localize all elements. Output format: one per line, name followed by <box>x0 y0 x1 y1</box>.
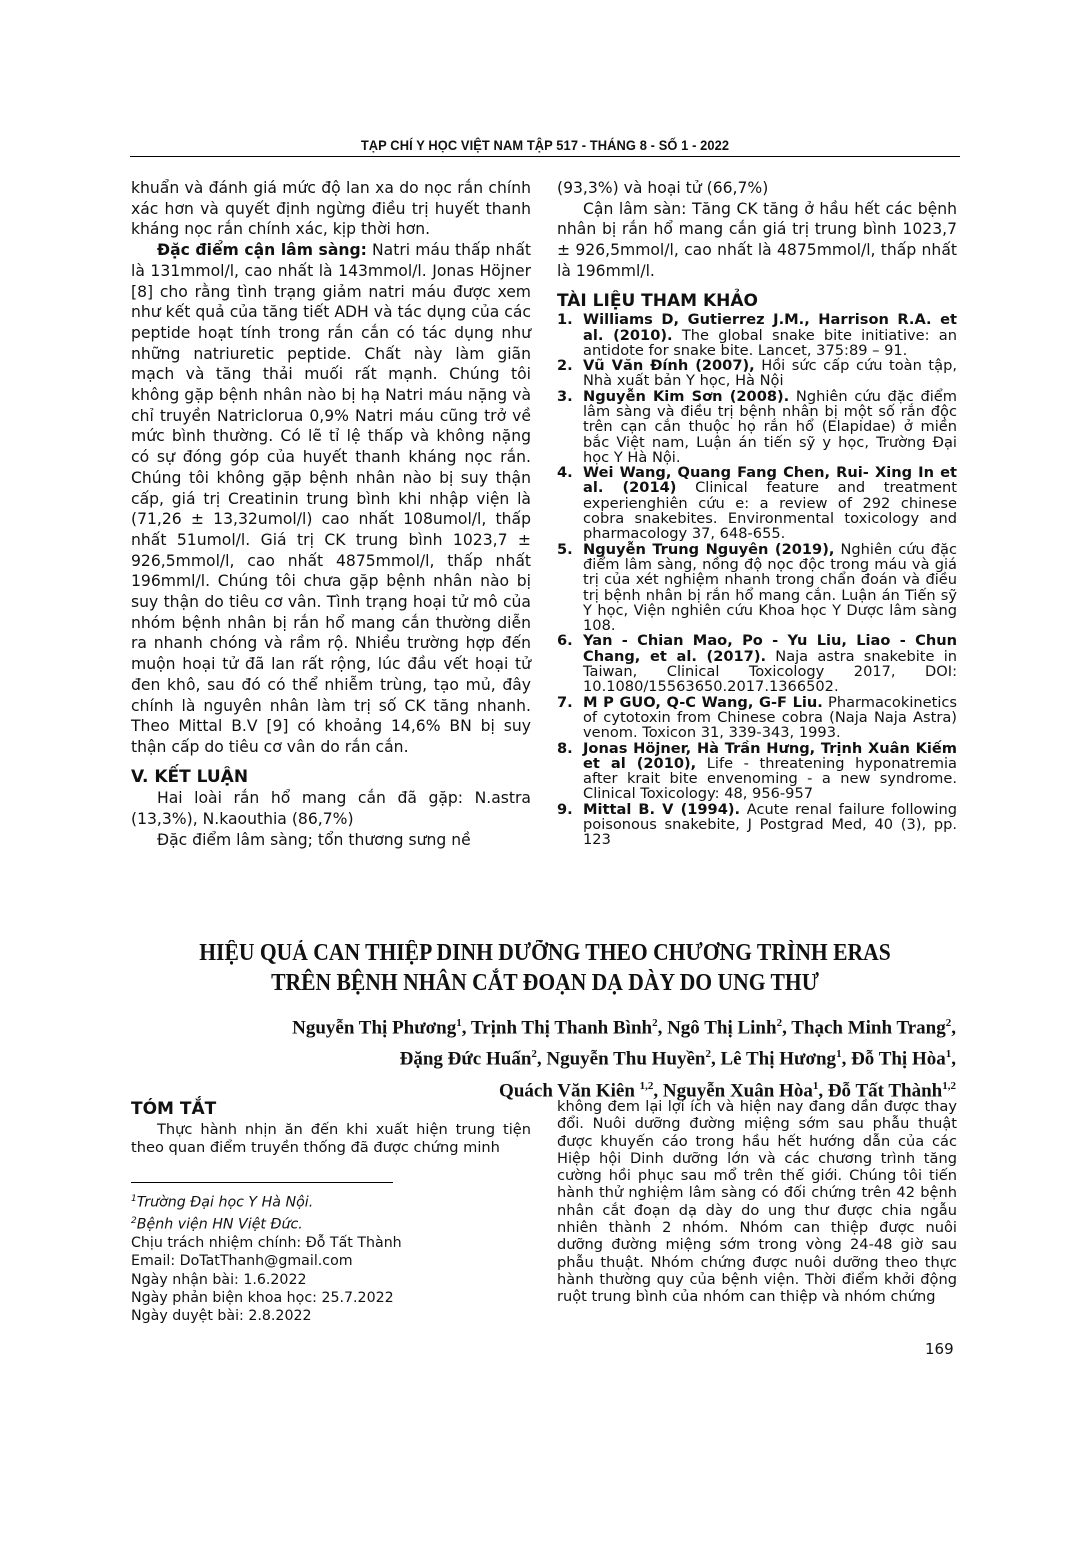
author-name: Thạch Minh Trang <box>791 1017 946 1038</box>
right-column: (93,3%) và hoại tử (66,7%) Cận lâm sàn: … <box>557 178 957 848</box>
author-affiliation: 1 <box>813 1080 819 1092</box>
reference-item: 9.Mittal B. V (1994). Acute renal failur… <box>557 802 957 848</box>
page-number: 169 <box>925 1340 954 1358</box>
author-affiliation: 1 <box>456 1017 462 1029</box>
affiliation-1: 1Trường Đại học Y Hà Nội. <box>131 1190 531 1212</box>
paragraph: Hai loài rắn hổ mang cắn đã gặp: N.astra… <box>131 788 531 829</box>
footnote-rule <box>131 1182 393 1183</box>
running-header: TẠP CHÍ Y HỌC VIỆT NAM TẬP 517 - THÁNG 8… <box>163 137 927 153</box>
author-name: Lê Thị Hương <box>721 1049 837 1070</box>
reference-item: 8.Jonas Höjner, Hà Trần Hưng, Trịnh Xuân… <box>557 741 957 802</box>
author-name: Trịnh Thị Thanh Bình <box>471 1017 652 1038</box>
author-affiliation: 2 <box>946 1017 952 1029</box>
author-name: Đặng Đức Huấn <box>400 1049 532 1070</box>
paragraph-body: Natri máu thấp nhất là 131mmol/l, cao nh… <box>131 241 531 756</box>
abstract-heading: TÓM TẮT <box>131 1100 531 1118</box>
reference-number: 4. <box>557 465 573 480</box>
article-title-line: TRÊN BỆNH NHÂN CẮT ĐOẠN DẠ DÀY DO UNG TH… <box>172 968 919 998</box>
abstract-paragraph: Thực hành nhịn ăn đến khi xuất hiện trun… <box>131 1121 531 1157</box>
author-affiliation: 2 <box>652 1017 658 1029</box>
reference-number: 1. <box>557 312 573 327</box>
article-title: HIỆU QUẢ CAN THIỆP DINH DƯỠNG THEO CHƯƠN… <box>172 938 919 998</box>
author-affiliation: 1 <box>946 1048 952 1060</box>
author-name: Ngô Thị Linh <box>667 1017 776 1038</box>
footnotes: 1Trường Đại học Y Hà Nội. 2Bệnh viện HN … <box>131 1190 531 1326</box>
reference-number: 3. <box>557 389 573 404</box>
author-affiliation: 1 <box>836 1048 842 1060</box>
reference-number: 7. <box>557 695 573 710</box>
affiliation-text: Bệnh viện HN Việt Đức. <box>137 1217 303 1233</box>
reference-list: 1.Williams D, Gutierrez J.M., Harrison R… <box>557 312 957 847</box>
reference-item: 3.Nguyễn Kim Sơn (2008). Nghiên cứu đặc … <box>557 389 957 465</box>
author-name: Nguyễn Thị Phương <box>292 1017 456 1038</box>
left-column: khuẩn và đánh giá mức độ lan xa do nọc r… <box>131 178 531 851</box>
reference-number: 9. <box>557 802 573 817</box>
author-affiliation: 1,2 <box>942 1080 956 1092</box>
corresponding-author: Chịu trách nhiệm chính: Đỗ Tất Thành <box>131 1234 531 1252</box>
author-list: Nguyễn Thị Phương1, Trịnh Thị Thanh Bình… <box>130 1010 956 1104</box>
reference-number: 5. <box>557 542 573 557</box>
accepted-date: Ngày duyệt bài: 2.8.2022 <box>131 1307 531 1325</box>
author-affiliation: 2 <box>706 1048 712 1060</box>
reference-item: 1.Williams D, Gutierrez J.M., Harrison R… <box>557 312 957 358</box>
author-name: Nguyễn Thu Huyền <box>546 1049 705 1070</box>
author-affiliation: 2 <box>531 1048 537 1060</box>
author-name: Đỗ Thị Hòa <box>851 1049 946 1070</box>
email: Email: DoTatThanh@gmail.com <box>131 1252 531 1270</box>
paragraph: khuẩn và đánh giá mức độ lan xa do nọc r… <box>131 178 531 240</box>
reference-item: 7.M P GUO, Q-C Wang, G-F Liu. Pharmacoki… <box>557 695 957 741</box>
section-heading-conclusion: V. KẾT LUẬN <box>131 767 531 788</box>
author-affiliation: 1,2 <box>640 1080 654 1092</box>
reference-item: 6.Yan - Chian Mao, Po - Yu Liu, Liao - C… <box>557 633 957 694</box>
affiliation-2: 2Bệnh viện HN Việt Đức. <box>131 1212 531 1234</box>
abstract-right: không đem lại lợi ích và hiện nay đang d… <box>557 1098 957 1306</box>
review-date: Ngày phản biện khoa học: 25.7.2022 <box>131 1289 531 1307</box>
reference-number: 6. <box>557 633 573 648</box>
abstract-left: TÓM TẮT Thực hành nhịn ăn đến khi xuất h… <box>131 1100 531 1157</box>
reference-item: 2.Vũ Văn Đính (2007), Hồi sức cấp cứu to… <box>557 358 957 389</box>
author-affiliation: 2 <box>777 1017 783 1029</box>
paragraph: Đặc điểm lâm sàng; tổn thương sưng nề <box>131 830 531 851</box>
article-title-line: HIỆU QUẢ CAN THIỆP DINH DƯỠNG THEO CHƯƠN… <box>172 938 919 968</box>
header-rule <box>130 156 960 157</box>
reference-number: 2. <box>557 358 573 373</box>
reference-item: 4.Wei Wang, Quang Fang Chen, Rui- Xing I… <box>557 465 957 541</box>
paragraph: (93,3%) và hoại tử (66,7%) <box>557 178 957 199</box>
paragraph: Cận lâm sàn: Tăng CK tăng ở hầu hết các … <box>557 199 957 282</box>
received-date: Ngày nhận bài: 1.6.2022 <box>131 1271 531 1289</box>
reference-number: 8. <box>557 741 573 756</box>
affiliation-text: Trường Đại học Y Hà Nội. <box>137 1195 314 1211</box>
reference-item: 5.Nguyễn Trung Nguyên (2019), Nghiên cứu… <box>557 542 957 634</box>
paragraph-lead: Đặc điểm cận lâm sàng: <box>157 241 367 259</box>
paragraph-lab-findings: Đặc điểm cận lâm sàng: Natri máu thấp nh… <box>131 240 531 758</box>
references-heading: TÀI LIỆU THAM KHẢO <box>557 291 957 312</box>
